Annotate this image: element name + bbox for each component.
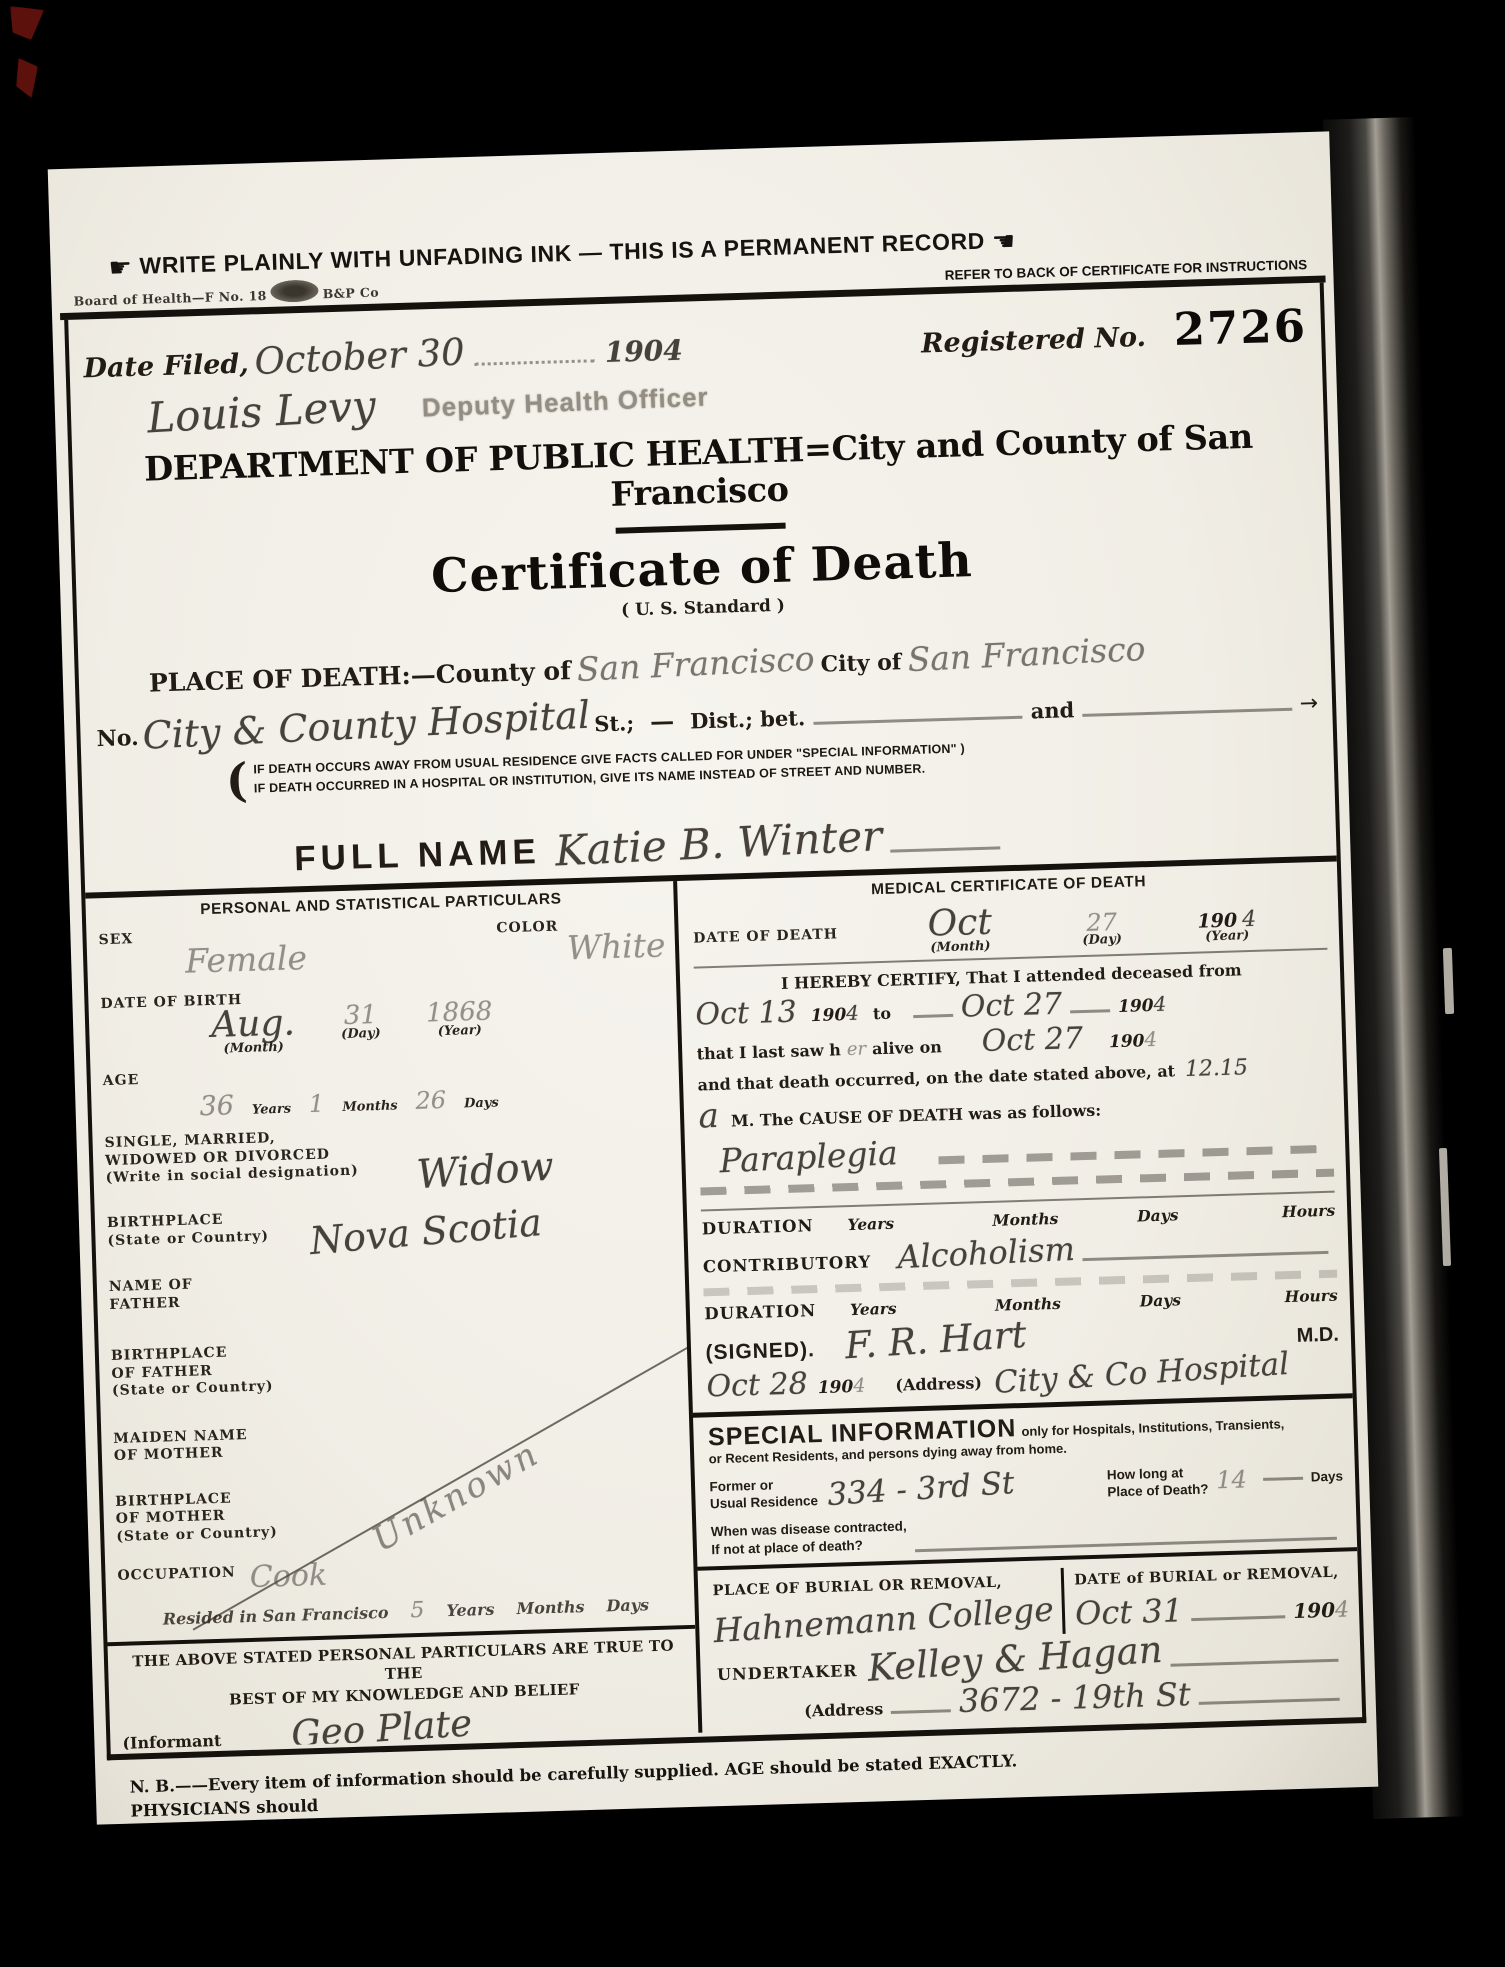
howlong-label-2: Place of Death?	[1107, 1481, 1209, 1502]
age-label: AGE	[103, 1072, 140, 1089]
death-certificate-page: ☛ WRITE PLAINLY WITH UNFADING INK — THIS…	[48, 131, 1379, 1824]
dob-day-value: 31	[343, 999, 377, 1030]
brace-mark: (	[225, 753, 248, 808]
last-saw-pre: that I last saw h	[696, 1038, 841, 1065]
last-saw-value: Oct 27	[981, 1021, 1083, 1059]
signed-year-printed: 190	[818, 1377, 854, 1398]
birthplace-value: Nova Scotia	[308, 1200, 543, 1263]
red-corner-mark	[16, 58, 38, 98]
duration-days-header: Days	[1137, 1203, 1282, 1226]
red-corner-mark	[10, 6, 44, 40]
dod-year-sublabel: (Year)	[1198, 928, 1257, 945]
am-script: a	[698, 1096, 719, 1137]
duration-hours-header: Hours	[1282, 1201, 1336, 1222]
write-line	[1199, 1698, 1340, 1705]
last-saw-post: alive on	[872, 1035, 943, 1060]
write-line	[1171, 1659, 1339, 1667]
informant-label: (Informant	[122, 1731, 222, 1751]
signed-address-label: (Address)	[895, 1374, 982, 1396]
write-line	[813, 716, 1023, 725]
place-of-death-label: PLACE OF DEATH:—County of	[149, 656, 572, 698]
sex-color-field: SEX Female COLOR White	[98, 915, 666, 983]
st-label: St.;	[594, 710, 635, 736]
burial-date-label: DATE of BURIAL or REMOVAL,	[1074, 1564, 1348, 1589]
howlong-value: 14	[1216, 1465, 1247, 1494]
dist-label: Dist.; bet.	[690, 705, 806, 733]
resided-years-label: Years	[446, 1600, 495, 1620]
last-saw-year-digit: 4	[1144, 1027, 1157, 1051]
write-line	[1083, 1251, 1329, 1261]
attended-to-year-digit: 4	[1153, 992, 1166, 1016]
write-line	[913, 1014, 953, 1018]
date-of-death-label: DATE OF DEATH	[693, 926, 838, 948]
signed-label: (SIGNED).	[705, 1339, 815, 1366]
contributory-label: CONTRIBUTORY	[703, 1253, 872, 1277]
printer-stamp-mark	[270, 279, 319, 302]
scanned-document-background: ☛ WRITE PLAINLY WITH UNFADING INK — THIS…	[0, 0, 1505, 1967]
signed-date-value: Oct 28	[706, 1367, 808, 1405]
dash-mark: —	[650, 706, 675, 736]
write-line	[1082, 708, 1292, 717]
burial-year-digit: 4	[1335, 1598, 1350, 1623]
bottom-note-line1: N. B.——Every item of information should …	[129, 1749, 1030, 1824]
months-sublabel: Months	[342, 1098, 398, 1115]
age-months-value: 1	[309, 1090, 325, 1118]
informant-value: Geo Plate	[290, 1701, 473, 1750]
former-label-2: Usual Residence	[710, 1492, 819, 1513]
age-days-value: 26	[415, 1086, 446, 1115]
medical-column: MEDICAL CERTIFICATE OF DEATH DATE OF DEA…	[678, 861, 1363, 1732]
dotted-line	[475, 359, 595, 366]
sex-value: Female	[185, 938, 308, 981]
dod-month-sublabel: (Month)	[928, 939, 993, 956]
birthplace-field: BIRTHPLACE (State or Country) Nova Scoti…	[107, 1198, 675, 1263]
special-subtitle-1: only for Hospitals, Institutions, Transi…	[1021, 1417, 1284, 1440]
resided-label: Resided in San Francisco	[162, 1603, 388, 1629]
death-time-value: 12.15	[1185, 1055, 1249, 1082]
county-value: San Francisco	[576, 639, 816, 689]
duration-months-header: Months	[992, 1207, 1137, 1230]
color-label: COLOR	[496, 919, 559, 938]
signed-year-digit: 4	[853, 1375, 866, 1397]
city-label: City of	[820, 649, 901, 677]
pointing-hand-right-icon: ☛	[108, 253, 133, 284]
burial-date-value: Oct 31	[1075, 1591, 1184, 1632]
center-rule	[616, 523, 786, 534]
resided-row: Resided in San Francisco 5 Years Months …	[162, 1590, 685, 1630]
registered-no-value: 2726	[1173, 299, 1308, 356]
attended-to-year-printed: 190	[1118, 996, 1154, 1017]
cause-value: Paraplegia	[719, 1133, 899, 1180]
write-line	[1263, 1476, 1303, 1480]
write-line	[890, 846, 1000, 852]
and-label: and	[1030, 697, 1074, 723]
date-of-birth-field: DATE OF BIRTH Aug. (Month) 31 (Day)	[100, 976, 668, 1059]
informant-address-value: City and Co Hospital	[283, 1742, 637, 1750]
marital-value: Widow	[415, 1143, 555, 1198]
duration-years-header: Years	[847, 1211, 992, 1234]
howlong-days-label: Days	[1311, 1468, 1344, 1486]
age-years-value: 36	[199, 1090, 234, 1122]
arrow-right-icon: →	[1299, 691, 1318, 717]
undertaker-address-label: (Address	[804, 1699, 884, 1720]
page-edge-sliver	[1443, 948, 1454, 1014]
days-sublabel: Days	[464, 1095, 499, 1111]
duration-label-2: DURATION	[704, 1301, 816, 1323]
smudge-line	[938, 1145, 1333, 1165]
parents-block: NAME OF FATHER BIRTHPLACE OF FATHER (Sta…	[109, 1262, 685, 1599]
month-sublabel: (Month)	[212, 1039, 296, 1056]
dod-day-value: 27	[1086, 908, 1117, 937]
printer-name-text: B&P Co	[322, 285, 379, 302]
officer-signature: Louis Levy	[146, 381, 377, 443]
write-line	[891, 1709, 951, 1714]
former-residence-value: 334 - 3rd St	[827, 1465, 1016, 1513]
full-name-label: FULL NAME	[294, 832, 542, 879]
md-label: M.D.	[1296, 1324, 1339, 1348]
attended-from-year-digit: 4	[846, 1001, 859, 1025]
pointing-hand-left-icon: ☚	[991, 227, 1016, 258]
full-name-value: Katie B. Winter	[554, 811, 883, 875]
burial-year-printed: 190	[1293, 1598, 1335, 1623]
duration2-days-header: Days	[1139, 1288, 1284, 1311]
attended-from-value: Oct 13	[695, 995, 797, 1033]
years-sublabel: Years	[252, 1102, 291, 1118]
two-column-section: PERSONAL AND STATISTICAL PARTICULARS SEX…	[85, 861, 1362, 1750]
last-saw-year-printed: 190	[1109, 1031, 1145, 1052]
dob-year-value: 1868	[426, 996, 493, 1028]
sex-label: SEX	[98, 930, 184, 950]
resided-years-value: 5	[410, 1598, 425, 1623]
duration-label: DURATION	[702, 1217, 814, 1239]
undertaker-address-value: 3672 - 19th St	[958, 1675, 1191, 1720]
last-saw-mid: er	[846, 1039, 866, 1061]
undertaker-label: UNDERTAKER	[717, 1661, 858, 1684]
color-value: White	[566, 925, 666, 967]
date-filed-value: October 30	[254, 330, 466, 383]
contributory-value: Alcoholism	[896, 1230, 1075, 1276]
certificate-box: Date Filed, October 30 1904 Registered N…	[64, 283, 1366, 1761]
attended-to-value: Oct 27	[960, 987, 1062, 1025]
cause-of-death-label: M. The CAUSE OF DEATH was as follows:	[731, 1099, 1102, 1133]
bottom-note: N. B.——Every item of information should …	[129, 1749, 1032, 1825]
attended-from-year-printed: 190	[810, 1005, 846, 1026]
age-field: AGE 36 Years 1 Months 26 Days	[102, 1053, 670, 1125]
no-label: No.	[96, 725, 139, 752]
registered-no-label: Registered No.	[921, 322, 1147, 360]
personal-column: PERSONAL AND STATISTICAL PARTICULARS SEX…	[85, 881, 698, 1750]
occupation-label: OCCUPATION	[117, 1564, 236, 1598]
date-filed-label: Date Filed,	[83, 349, 249, 385]
duration2-months-header: Months	[995, 1292, 1140, 1315]
write-line	[1070, 1009, 1110, 1013]
date-filed-year: 1904	[604, 334, 683, 369]
write-line	[1191, 1615, 1285, 1621]
officer-title-stamp: Deputy Health Officer	[421, 382, 709, 424]
duration2-hours-header: Hours	[1284, 1286, 1338, 1307]
form-number-text: Board of Health—F No. 18	[73, 288, 267, 309]
resided-months-label: Months	[516, 1597, 585, 1618]
to-label: to	[873, 1002, 892, 1026]
resided-days-label: Days	[606, 1595, 649, 1615]
city-value: San Francisco	[906, 629, 1146, 679]
former-residence-row: Former or Usual Residence 334 - 3rd St H…	[709, 1459, 1343, 1514]
marital-field: SINGLE, MARRIED, WIDOWED OR DIVORCED (Wr…	[104, 1118, 672, 1205]
